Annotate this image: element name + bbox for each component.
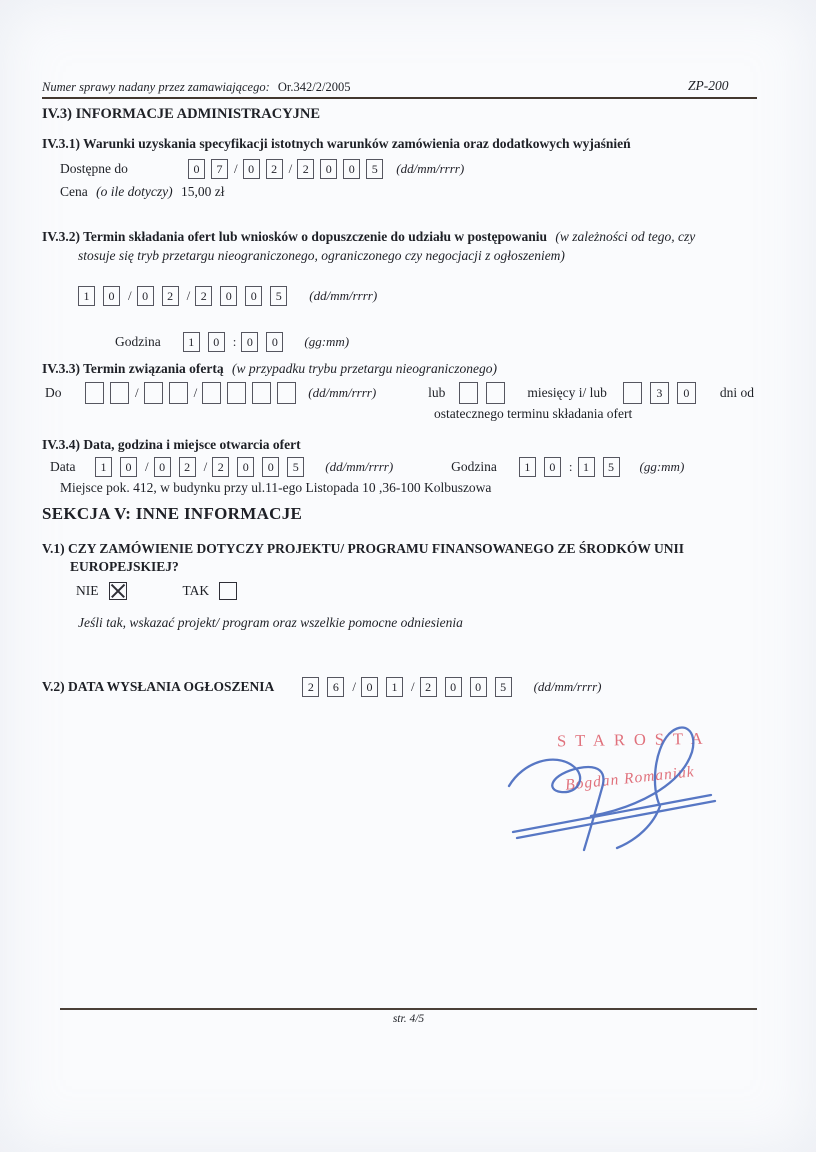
box-separator: / xyxy=(204,459,208,475)
box-separator: / xyxy=(194,385,198,401)
digit-box: 2 xyxy=(302,677,319,697)
box-separator: / xyxy=(128,288,132,304)
digit-box: 0 xyxy=(320,159,337,179)
digit-box: 0 xyxy=(677,382,696,404)
price-row: Cena (o ile dotyczy) 15,00 zł xyxy=(60,184,224,200)
iv32-date-row: 10/02/2005 (dd/mm/rrrr) xyxy=(78,286,377,306)
digit-box: 0 xyxy=(208,332,225,352)
iv32-date-boxes: 10/02/2005 xyxy=(78,286,295,306)
digit-box xyxy=(623,382,642,404)
digit-box: 0 xyxy=(137,286,154,306)
dispatch-date-row: V.2) DATA WYSŁANIA OGŁOSZENIA 26/01/2005… xyxy=(42,677,601,697)
yes-checkbox xyxy=(219,582,237,600)
box-separator: : xyxy=(569,459,573,475)
digit-box: 2 xyxy=(179,457,196,477)
digit-box xyxy=(459,382,478,404)
price-value: 15,00 zł xyxy=(181,184,225,199)
digit-box: 0 xyxy=(544,457,561,477)
digit-box: 1 xyxy=(183,332,200,352)
iv31-date-format: (dd/mm/rrrr) xyxy=(396,161,464,177)
iv32-title-bold: IV.3.2) Termin składania ofert lub wnios… xyxy=(42,229,547,244)
available-until-row: Dostępne do 07/02/2005 (dd/mm/rrrr) xyxy=(60,159,464,179)
digit-box xyxy=(277,382,296,404)
v1-note: Jeśli tak, wskazać projekt/ program oraz… xyxy=(78,615,463,631)
digit-box: 0 xyxy=(361,677,378,697)
digit-box: 1 xyxy=(95,457,112,477)
digit-box: 5 xyxy=(270,286,287,306)
box-separator: / xyxy=(352,679,356,695)
iv34-place: Miejsce pok. 412, w budynku przy ul.11-e… xyxy=(60,480,491,496)
iv33-title-bold: IV.3.3) Termin związania ofertą xyxy=(42,361,224,376)
header-case-value: Or.342/2/2005 xyxy=(278,80,351,94)
box-separator: / xyxy=(145,459,149,475)
digit-box: 3 xyxy=(650,382,669,404)
digit-box: 2 xyxy=(162,286,179,306)
digit-box: 0 xyxy=(266,332,283,352)
signature-block: STAROSTA Bogdan Romaniuk xyxy=(495,712,795,857)
no-label: NIE xyxy=(76,583,99,599)
digit-box: 2 xyxy=(420,677,437,697)
iv34-date-boxes: 10/02/2005 xyxy=(95,457,312,477)
digit-box: 1 xyxy=(578,457,595,477)
box-separator: / xyxy=(187,288,191,304)
available-until-label: Dostępne do xyxy=(60,161,188,177)
iv33-months-label: miesięcy i/ lub xyxy=(527,385,606,401)
no-checkbox xyxy=(109,582,127,600)
digit-box: 1 xyxy=(78,286,95,306)
digit-box xyxy=(252,382,271,404)
section-iv33-title: IV.3.3) Termin związania ofertą (w przyp… xyxy=(42,361,497,377)
digit-box: 5 xyxy=(287,457,304,477)
digit-box: 0 xyxy=(343,159,360,179)
box-separator: / xyxy=(411,679,415,695)
iv33-title-italic: (w przypadku trybu przetargu nieogranicz… xyxy=(232,361,497,376)
digit-box xyxy=(486,382,505,404)
price-note: (o ile dotyczy) xyxy=(96,184,172,199)
iv32-time-format: (gg:mm) xyxy=(304,334,349,350)
digit-box: 1 xyxy=(519,457,536,477)
iv34-date-label: Data xyxy=(50,459,95,475)
digit-box: 2 xyxy=(266,159,283,179)
page-number: str. 4/5 xyxy=(60,1013,757,1025)
digit-box: 0 xyxy=(241,332,258,352)
section-iv31-title: IV.3.1) Warunki uzyskania specyfikacji i… xyxy=(42,136,631,152)
digit-box: 0 xyxy=(262,457,279,477)
iv33-days-boxes: 30 xyxy=(623,382,704,404)
digit-box xyxy=(144,382,163,404)
digit-box: 0 xyxy=(154,457,171,477)
iv31-date-boxes: 07/02/2005 xyxy=(188,159,383,179)
iv33-or-label: lub xyxy=(428,385,445,401)
header-rule xyxy=(42,97,757,99)
header-case-label: Numer sprawy nadany przez zamawiającego: xyxy=(42,80,270,94)
section-iv3-title: IV.3) INFORMACJE ADMINISTRACYJNE xyxy=(42,106,320,123)
box-separator: : xyxy=(233,334,237,350)
iv32-title-italic1: (w zależności od tego, czy xyxy=(555,229,695,244)
digit-box: 2 xyxy=(212,457,229,477)
eu-funding-answer-row: NIE TAK xyxy=(76,582,237,600)
iv32-time-label: Godzina xyxy=(115,334,161,350)
digit-box: 0 xyxy=(220,286,237,306)
digit-box: 5 xyxy=(366,159,383,179)
section-iv32-title-line2: stosuje się tryb przetargu nieograniczon… xyxy=(78,248,565,264)
section-iv34-title: IV.3.4) Data, godzina i miejsce otwarcia… xyxy=(42,437,301,453)
digit-box: 0 xyxy=(245,286,262,306)
iv34-time-boxes: 10:15 xyxy=(519,457,628,477)
digit-box: 0 xyxy=(188,159,205,179)
digit-box: 0 xyxy=(103,286,120,306)
iv32-time-row: Godzina 10:00 (gg:mm) xyxy=(115,332,349,352)
digit-box xyxy=(85,382,104,404)
digit-box: 1 xyxy=(386,677,403,697)
digit-box: 7 xyxy=(211,159,228,179)
iv32-date-format: (dd/mm/rrrr) xyxy=(309,288,377,304)
iv34-time-format: (gg:mm) xyxy=(640,459,685,475)
handwritten-signature xyxy=(495,712,795,857)
iv32-time-boxes: 10:00 xyxy=(183,332,292,352)
iv33-days-sub-label: ostatecznego terminu składania ofert xyxy=(434,406,632,422)
digit-box: 0 xyxy=(237,457,254,477)
iv34-opening-row: Data 10/02/2005 (dd/mm/rrrr) Godzina 10:… xyxy=(50,457,684,477)
section-v-title: SEKCJA V: INNE INFORMACJE xyxy=(42,504,302,524)
section-iv32-title-line1: IV.3.2) Termin składania ofert lub wnios… xyxy=(42,229,762,245)
yes-label: TAK xyxy=(183,583,210,599)
iv33-date-boxes: // xyxy=(85,382,296,404)
section-v1-title-line1: V.1) CZY ZAMÓWIENIE DOTYCZY PROJEKTU/ PR… xyxy=(42,541,684,557)
digit-box: 2 xyxy=(297,159,314,179)
digit-box: 0 xyxy=(445,677,462,697)
iv33-date-format: (dd/mm/rrrr) xyxy=(308,385,376,401)
v2-date-boxes: 26/01/2005 xyxy=(302,677,519,697)
iv34-date-format: (dd/mm/rrrr) xyxy=(325,459,393,475)
iv34-time-label: Godzina xyxy=(451,459,497,475)
digit-box xyxy=(202,382,221,404)
footer-rule xyxy=(60,1008,757,1010)
form-code: ZP-200 xyxy=(688,78,729,94)
iv33-months-boxes xyxy=(459,382,513,404)
scanned-form-page: Numer sprawy nadany przez zamawiającego:… xyxy=(0,0,816,1152)
digit-box: 5 xyxy=(603,457,620,477)
box-separator: / xyxy=(234,161,238,177)
digit-box: 0 xyxy=(470,677,487,697)
header-case-number: Numer sprawy nadany przez zamawiającego:… xyxy=(42,80,350,95)
section-v1-title-line2: EUROPEJSKIEJ? xyxy=(70,559,179,575)
digit-box xyxy=(169,382,188,404)
iv33-days-label: dni od xyxy=(720,385,754,401)
box-separator: / xyxy=(289,161,293,177)
box-separator: / xyxy=(135,385,139,401)
digit-box: 5 xyxy=(495,677,512,697)
iv33-do-label: Do xyxy=(45,385,85,401)
digit-box: 6 xyxy=(327,677,344,697)
digit-box: 2 xyxy=(195,286,212,306)
v2-date-format: (dd/mm/rrrr) xyxy=(534,679,602,695)
digit-box: 0 xyxy=(243,159,260,179)
price-label: Cena xyxy=(60,184,88,199)
digit-box: 0 xyxy=(120,457,137,477)
iv33-binding-row: Do // (dd/mm/rrrr) lub miesięcy i/ lub 3… xyxy=(45,382,754,404)
v2-title: V.2) DATA WYSŁANIA OGŁOSZENIA xyxy=(42,679,274,695)
digit-box xyxy=(227,382,246,404)
digit-box xyxy=(110,382,129,404)
